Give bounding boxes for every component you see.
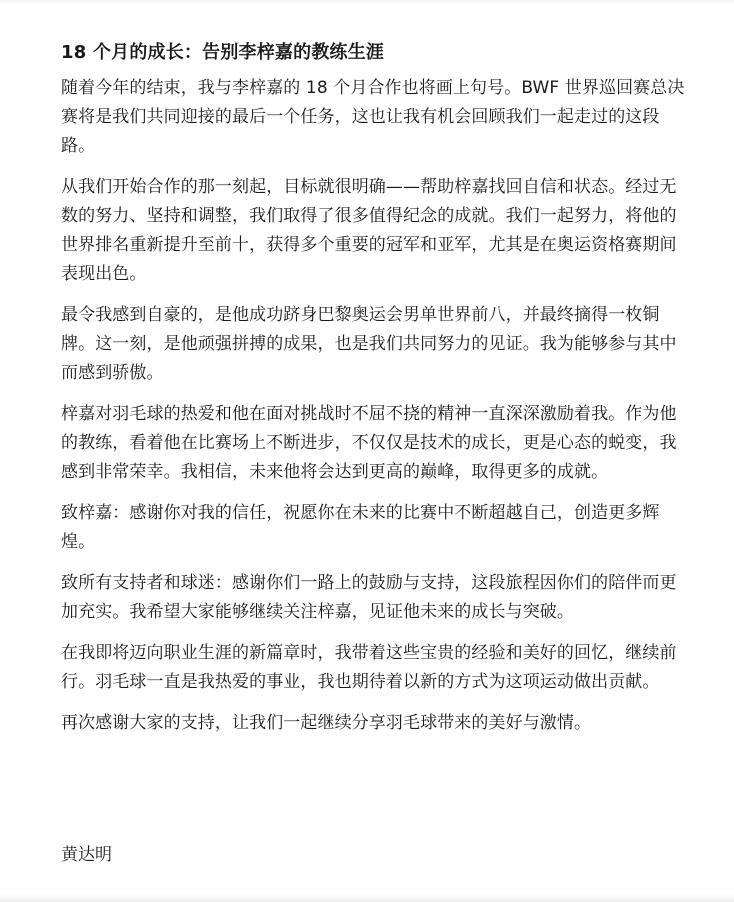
document-title: 18 个月的成长：告别李梓嘉的教练生涯 bbox=[61, 38, 691, 68]
paragraph-goals: 从我们开始合作的那一刻起，目标就很明确——帮助梓嘉找回自信和状态。经过无数的努力… bbox=[61, 173, 691, 289]
paragraph-inspiration: 梓嘉对羽毛球的热爱和他在面对挑战时不屈不挠的精神一直深深激励着我。作为他的教练，… bbox=[61, 400, 691, 487]
paragraph-intro: 随着今年的结束，我与李梓嘉的 18 个月合作也将画上句号。BWF 世界巡回赛总决… bbox=[61, 74, 691, 161]
paragraph-new-chapter: 在我即将迈向职业生涯的新篇章时，我带着这些宝贵的经验和美好的回忆，继续前行。羽毛… bbox=[61, 639, 691, 697]
document-body: 18 个月的成长：告别李梓嘉的教练生涯 随着今年的结束，我与李梓嘉的 18 个月… bbox=[61, 38, 691, 750]
document-page: 18 个月的成长：告别李梓嘉的教练生涯 随着今年的结束，我与李梓嘉的 18 个月… bbox=[0, 0, 734, 902]
paragraph-olympics: 最令我感到自豪的，是他成功跻身巴黎奥运会男单世界前八，并最终摘得一枚铜牌。这一刻… bbox=[61, 301, 691, 388]
paragraph-to-zijia: 致梓嘉：感谢你对我的信任，祝愿你在未来的比赛中不断超越自己，创造更多辉煌。 bbox=[61, 499, 691, 557]
page-bottom-edge bbox=[0, 894, 734, 902]
page-top-edge bbox=[0, 0, 734, 4]
paragraph-thanks: 再次感谢大家的支持，让我们一起继续分享羽毛球带来的美好与激情。 bbox=[61, 709, 691, 738]
signature: 黄达明 bbox=[61, 841, 112, 870]
paragraph-to-supporters: 致所有支持者和球迷：感谢你们一路上的鼓励与支持，这段旅程因你们的陪伴而更加充实。… bbox=[61, 569, 691, 627]
